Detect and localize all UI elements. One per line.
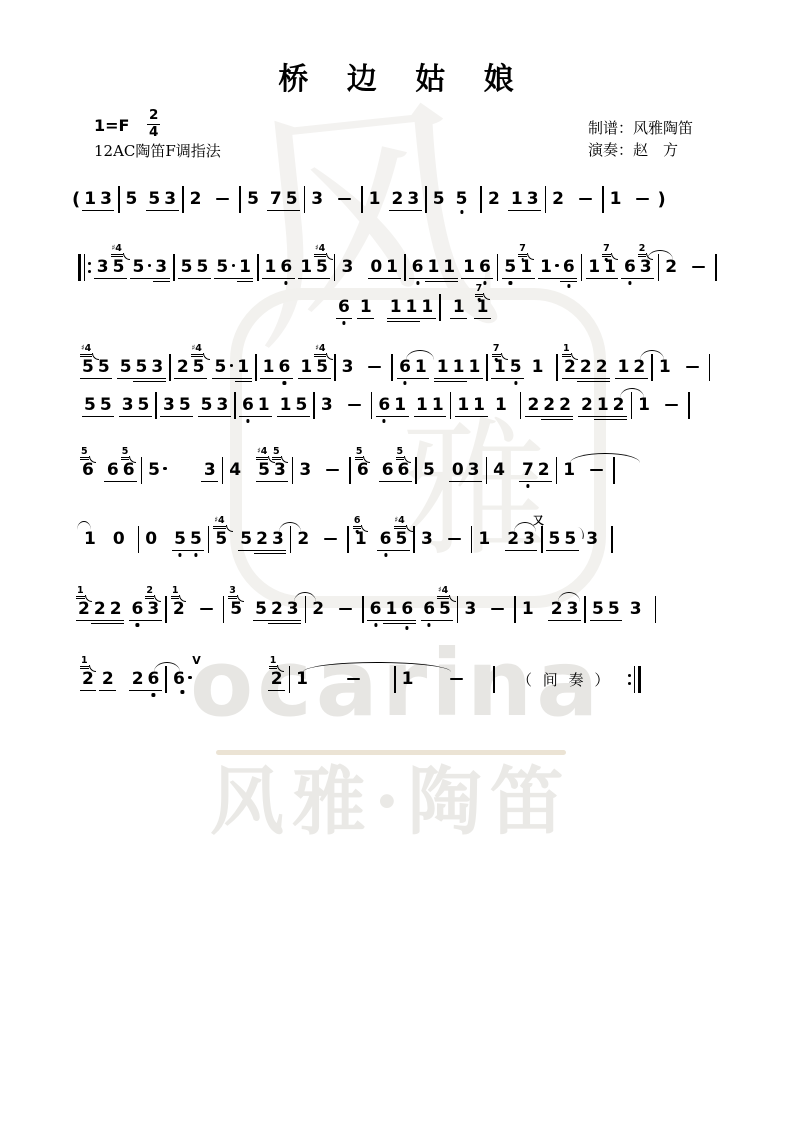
- note-digit: 5: [179, 395, 191, 415]
- note: 1: [237, 359, 249, 376]
- note-digit: 0: [145, 529, 157, 549]
- underline-beam: [387, 318, 404, 319]
- note-digit: 6: [479, 257, 491, 277]
- underline-beam: [392, 416, 409, 417]
- sharp-icon: ♯: [315, 243, 319, 252]
- dash-note: [579, 198, 592, 201]
- note-digit: 5: [258, 460, 270, 480]
- low-octave-dot: [403, 381, 406, 384]
- music-line-2: 35♯45355511615♯430161116517161176322: [74, 252, 721, 282]
- grace-note: ♯4: [437, 586, 449, 600]
- note-digit: 1: [463, 257, 475, 277]
- underline-beam: [298, 378, 315, 379]
- note: 6: [280, 259, 292, 276]
- underline-beam: [421, 620, 438, 621]
- note: 6V: [173, 671, 192, 688]
- note: 3: [527, 191, 539, 208]
- underline-beam: [450, 381, 467, 382]
- note: 65: [398, 462, 410, 479]
- barline: [450, 392, 452, 419]
- underline-beam: [471, 416, 488, 417]
- note: 5: [564, 531, 576, 548]
- note: 2: [527, 397, 539, 414]
- music-line-7: 100555♯452321665♯43123又553: [82, 524, 617, 554]
- underline-beam: [254, 550, 271, 551]
- barline: [292, 457, 294, 484]
- underline-beam: [399, 620, 416, 621]
- note-digit: 6: [280, 257, 292, 277]
- underline-beam: [262, 278, 279, 279]
- note: 1: [443, 259, 455, 276]
- underline-beam: [190, 378, 207, 379]
- note-digit: 6: [563, 257, 575, 277]
- low-octave-dot: [178, 553, 181, 556]
- underline-beam: [149, 378, 166, 379]
- note: 3: [567, 601, 579, 618]
- underline-beam: [80, 690, 97, 691]
- slide-down-icon: [575, 526, 587, 538]
- note-digit: 0: [370, 257, 382, 277]
- note: 1: [300, 259, 312, 276]
- note: 5: [132, 259, 151, 276]
- note: 21: [78, 601, 90, 618]
- note: 1: [588, 259, 600, 276]
- grace-note: 5: [396, 447, 405, 461]
- grace-note: ♯4: [394, 516, 406, 530]
- underline-beam: [538, 278, 562, 279]
- note-digit: 5: [247, 189, 259, 209]
- low-octave-dot: [628, 281, 631, 284]
- sharp-icon: ♯: [192, 343, 196, 352]
- note-digit: 6: [624, 257, 636, 277]
- note: 6: [563, 259, 575, 276]
- note: 3: [468, 462, 480, 479]
- note: 6: [624, 259, 636, 276]
- underline-beam: [399, 623, 416, 624]
- note-digit: 5: [423, 460, 435, 480]
- underline-beam: [519, 481, 536, 482]
- note-digit: 2: [177, 357, 189, 377]
- note: 1: [390, 299, 402, 316]
- underline-beam: [441, 281, 458, 282]
- note: 5: [433, 191, 445, 208]
- underline-beam: [260, 378, 277, 379]
- note: 6: [107, 462, 119, 479]
- note-digit: 6: [338, 297, 350, 317]
- barline: [313, 392, 315, 419]
- dash-note: [347, 678, 360, 681]
- note-digit: 2: [596, 357, 608, 377]
- underline-beam: [194, 278, 211, 279]
- note-digit: 5: [230, 599, 242, 619]
- note: 1: [597, 397, 609, 414]
- note-digit: 1: [416, 395, 428, 415]
- low-octave-dot: [526, 484, 529, 487]
- grace-note: 7: [602, 244, 611, 258]
- underline-beam: [198, 416, 215, 417]
- underline-beam: [172, 550, 189, 551]
- note: 3: [464, 601, 476, 618]
- note-digit: 1: [610, 189, 622, 209]
- note-digit: 2: [633, 357, 645, 377]
- note: 5: [190, 531, 202, 548]
- underline-beam: [82, 416, 99, 417]
- note: 5: [98, 359, 110, 376]
- note-digit: 2: [538, 460, 550, 480]
- note: 3: [287, 601, 299, 618]
- underline-beam: [593, 381, 610, 382]
- low-octave-dot: [374, 623, 377, 626]
- underline-beam: [145, 620, 162, 621]
- music-line-3: 61111117: [336, 292, 491, 322]
- note-digit: 7: [522, 460, 534, 480]
- underline-beam: [119, 416, 136, 417]
- note: 17: [494, 359, 506, 376]
- underline-beam: [256, 481, 273, 482]
- note-digit: 5: [136, 357, 148, 377]
- note: 2: [543, 397, 555, 414]
- underline-beam: [450, 378, 467, 379]
- note-digit: 3: [527, 189, 539, 209]
- underline-beam: [104, 481, 121, 482]
- underline-beam: [237, 278, 254, 279]
- note: 1: [638, 397, 650, 414]
- note-digit: 3: [341, 257, 353, 277]
- note-digit: 5: [148, 189, 160, 209]
- note: 3: [204, 462, 216, 479]
- note: 1: [239, 259, 251, 276]
- low-octave-dot: [181, 690, 184, 693]
- note: 2: [391, 191, 403, 208]
- note: 1: [478, 531, 490, 548]
- note-digit: 2: [391, 189, 403, 209]
- note-digit: 6: [173, 669, 185, 689]
- note-digit: 2: [507, 529, 519, 549]
- note: 1: [84, 531, 96, 548]
- note: 5♯4: [258, 462, 270, 479]
- note: 2: [312, 601, 324, 618]
- barline: [289, 666, 291, 693]
- note-digit: 5: [286, 189, 298, 209]
- note-digit: 5: [396, 529, 408, 549]
- dot-after: [163, 467, 166, 470]
- note: 2: [581, 397, 593, 414]
- note: 3: [163, 397, 175, 414]
- note-digit: 5: [295, 395, 307, 415]
- barline: [556, 354, 558, 381]
- note-digit: 5: [82, 357, 94, 377]
- note: 6: [132, 601, 144, 618]
- underline-beam: [409, 278, 426, 279]
- note-digit: 3: [151, 357, 163, 377]
- note: 1: [437, 359, 449, 376]
- note-digit: 1: [415, 357, 427, 377]
- note-digit: 2: [102, 669, 114, 689]
- low-octave-dot: [514, 381, 517, 384]
- underline-beam: [594, 419, 611, 420]
- underline-beam: [541, 416, 558, 417]
- note-digit: 1: [437, 357, 449, 377]
- note: 1: [532, 359, 544, 376]
- underline-beam: [107, 620, 124, 621]
- note-digit: 3: [586, 529, 598, 549]
- underline-beam: [283, 210, 300, 211]
- note-digit: 1: [478, 529, 490, 549]
- note: 1: [300, 359, 312, 376]
- underline-beam: [505, 550, 522, 551]
- note: 3: [155, 259, 167, 276]
- underline-beam: [610, 416, 627, 417]
- note-digit: 1: [443, 257, 455, 277]
- note: 5: [286, 191, 298, 208]
- barline: [545, 186, 547, 213]
- underline-beam: [271, 481, 288, 482]
- underline-beam: [541, 419, 558, 420]
- underline-beam: [602, 278, 619, 279]
- note-digit: 6: [399, 357, 411, 377]
- note: 1: [421, 299, 433, 316]
- note: 3又: [523, 531, 535, 548]
- repeat-dots: [88, 262, 91, 273]
- note-digit: 1: [563, 460, 575, 480]
- note: 6: [412, 259, 424, 276]
- note-digit: 1: [386, 257, 398, 277]
- note-digit: 6: [401, 599, 413, 619]
- note-digit: 6: [107, 460, 119, 480]
- note: 6: [378, 397, 390, 414]
- note-digit: 1: [421, 297, 433, 317]
- grace-note: 7: [475, 284, 484, 298]
- barline: [497, 254, 499, 281]
- note: 2: [110, 601, 122, 618]
- underline-beam: [145, 690, 162, 691]
- underline-beam: [278, 278, 295, 279]
- note-digit: 5: [433, 189, 445, 209]
- note-digit: 4: [493, 460, 505, 480]
- dash-note: [200, 608, 213, 611]
- note: 7: [522, 462, 534, 479]
- note: 3: [421, 531, 433, 548]
- underline-beam: [293, 416, 310, 417]
- low-octave-dot: [416, 281, 419, 284]
- barline: [222, 457, 224, 484]
- note: 32: [640, 259, 652, 276]
- barline: [349, 457, 351, 484]
- music-line-9: 212266V2111（ 间 奏 ）: [80, 664, 645, 694]
- note: 0: [113, 531, 125, 548]
- underline-beam: [277, 416, 294, 417]
- barline: [138, 526, 140, 553]
- dash-note: [324, 538, 337, 541]
- note-digit: 6: [423, 599, 435, 619]
- note-digit: 3: [204, 460, 216, 480]
- underline-beam: [560, 281, 577, 282]
- underline-beam: [546, 550, 563, 551]
- barline: [486, 354, 488, 381]
- note-digit: 5: [193, 357, 205, 377]
- barline: [439, 294, 441, 321]
- note: 1: [263, 359, 275, 376]
- barline: [347, 526, 349, 553]
- note-digit: 3: [421, 529, 433, 549]
- underline-beam: [615, 378, 632, 379]
- grace-note: 1: [80, 656, 89, 670]
- barline: [118, 186, 120, 213]
- underline-beam: [357, 318, 374, 319]
- underline-beam: [465, 481, 482, 482]
- note-digit: 2: [82, 669, 94, 689]
- note-digit: 5: [316, 257, 328, 277]
- underline-beam: [187, 550, 204, 551]
- note-digit: 1: [468, 357, 480, 377]
- low-octave-dot: [285, 281, 288, 284]
- note-digit: 3: [299, 460, 311, 480]
- underline-beam: [238, 550, 255, 551]
- underline-beam: [610, 419, 627, 420]
- underline-beam: [214, 278, 238, 279]
- dot-after: [230, 364, 233, 367]
- underline-beam: [455, 416, 472, 417]
- grace-note: 1: [269, 656, 278, 670]
- grace-low-dot: [521, 258, 524, 261]
- note: 3: [299, 462, 311, 479]
- note: 3: [100, 191, 112, 208]
- note-digit: 5: [174, 529, 186, 549]
- underline-beam: [586, 278, 603, 279]
- note: 1: [468, 359, 480, 376]
- note-digit: 1: [394, 395, 406, 415]
- underline-beam: [94, 278, 111, 279]
- grace-note: 7: [492, 344, 501, 358]
- underline-beam: [502, 278, 519, 279]
- grace-note: 3: [228, 586, 237, 600]
- note: 1: [258, 397, 270, 414]
- underline-beam: [562, 378, 579, 379]
- low-octave-dot: [383, 419, 386, 422]
- note: 0: [145, 531, 157, 548]
- note: 1: [540, 259, 559, 276]
- dash-note: [339, 608, 352, 611]
- note: 3: [586, 531, 598, 548]
- note: 1: [522, 601, 534, 618]
- underline-beam: [129, 690, 146, 691]
- note: 6: [382, 462, 394, 479]
- note: 5: [136, 359, 148, 376]
- note: 1: [473, 397, 485, 414]
- note: 2: [559, 397, 571, 414]
- underline-beam: [383, 620, 400, 621]
- underline-beam: [107, 623, 124, 624]
- underline-beam: [449, 481, 466, 482]
- note-digit: 5: [439, 599, 451, 619]
- underline-beam: [160, 416, 177, 417]
- sharp-icon: ♯: [395, 515, 399, 524]
- note-digit: 3: [100, 189, 112, 209]
- low-octave-dot: [483, 281, 486, 284]
- note: 5♯4: [316, 259, 328, 276]
- underline-beam: [97, 416, 114, 417]
- dash-note: [491, 608, 504, 611]
- grace-note: 7: [518, 244, 527, 258]
- note-digit: 2: [552, 189, 564, 209]
- note-digit: 5: [132, 257, 144, 277]
- note-digit: 1: [360, 297, 372, 317]
- underline-beam: [578, 416, 595, 417]
- note-digit: 5: [504, 257, 516, 277]
- note-digit: 5: [201, 395, 213, 415]
- note: 3: [122, 397, 134, 414]
- note-digit: 3: [163, 395, 175, 415]
- note: 1: [511, 191, 523, 208]
- underline-beam: [153, 278, 170, 279]
- note: 1: [427, 259, 439, 276]
- underline-beam: [269, 550, 286, 551]
- note: 5: [215, 359, 234, 376]
- underline-beam: [120, 481, 137, 482]
- note: 1: [563, 462, 575, 479]
- note-digit: 2: [581, 395, 593, 415]
- note: 5: [196, 259, 208, 276]
- dash-note: [216, 198, 229, 201]
- note-digit: 1: [588, 257, 600, 277]
- note-digit: 3: [407, 189, 419, 209]
- music-line-5: 553535536115361111112222121: [82, 390, 694, 420]
- underline-beam: [336, 318, 353, 319]
- barline: [611, 526, 613, 553]
- barline: [556, 457, 558, 484]
- dash-note: [636, 198, 649, 201]
- grace-note: 5: [272, 447, 281, 461]
- note: 1: [453, 359, 465, 376]
- underline-beam: [133, 381, 150, 382]
- note-digit: 3: [311, 189, 323, 209]
- note-digit: 2: [527, 395, 539, 415]
- note-digit: 7: [270, 189, 282, 209]
- note: 5♯4: [316, 359, 328, 376]
- note: 2: [552, 191, 564, 208]
- music-line-6: 656655345♯4353656655034721: [80, 455, 619, 485]
- note-digit: 3: [464, 599, 476, 619]
- underline-beam: [214, 416, 231, 417]
- interlude-label: （ 间 奏 ）: [517, 669, 612, 690]
- underline-beam: [268, 623, 285, 624]
- note-digit: 1: [597, 395, 609, 415]
- dot-after: [148, 264, 151, 267]
- barline: [404, 254, 406, 281]
- note-digit: 5: [510, 357, 522, 377]
- grace-note: ♯4: [314, 244, 326, 258]
- grace-note: ♯4: [256, 447, 268, 461]
- sheet-music-page: 风 雅 ocarina 风雅·陶笛 桥 边 姑 娘 1=F 2 4 12AC陶笛…: [0, 0, 792, 1121]
- dash-note: [590, 469, 603, 472]
- underline-beam: [129, 620, 146, 621]
- underline-beam: [491, 378, 508, 379]
- note: 5: [84, 397, 96, 414]
- underline-beam: [593, 378, 610, 379]
- note: 35: [274, 462, 286, 479]
- note: 3: [321, 397, 333, 414]
- barline-thick: [78, 254, 81, 281]
- note: 1: [360, 299, 372, 316]
- low-octave-dot: [246, 419, 249, 422]
- note: 6: [401, 601, 413, 618]
- underline-beam: [267, 210, 284, 211]
- note-digit: 6: [82, 460, 94, 480]
- barline: [541, 526, 543, 553]
- barline: [165, 596, 167, 623]
- note-digit: 2: [110, 599, 122, 619]
- note: 1: [386, 259, 398, 276]
